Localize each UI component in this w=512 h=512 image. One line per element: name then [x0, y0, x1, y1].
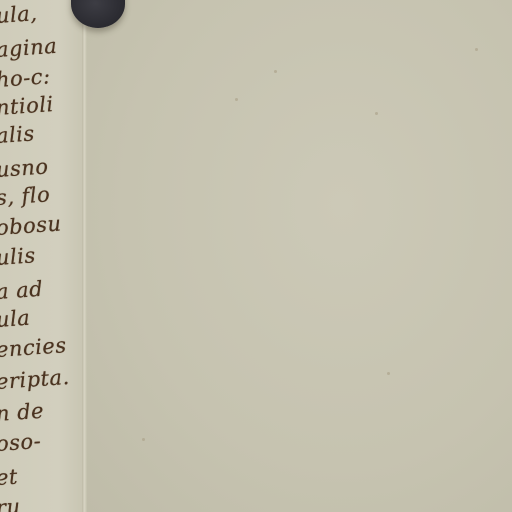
handwritten-line: s, flo [0, 182, 51, 210]
handwritten-line: oso- [0, 429, 42, 456]
handwritten-line: et [0, 465, 19, 490]
paper-speck [375, 112, 378, 115]
handwritten-line: obosu [0, 211, 62, 240]
paper-speck [274, 70, 277, 73]
handwritten-line: encies [0, 333, 67, 362]
handwritten-line: ula, [0, 1, 38, 28]
handwritten-line: ntioli [0, 92, 54, 120]
paper-speck [475, 48, 478, 51]
paper-speck [142, 438, 145, 441]
handwritten-line: usno [0, 154, 49, 182]
paper-speck [235, 98, 238, 101]
handwritten-line: n de [0, 399, 45, 426]
handwritten-line: eripta. [0, 365, 70, 394]
handwritten-line: agina [0, 34, 58, 62]
blank-paper-area [87, 0, 512, 512]
handwritten-line: ula [0, 306, 31, 332]
handwritten-line: a ad [0, 277, 44, 304]
paper-speck [387, 372, 390, 375]
left-manuscript-strip: ula, agina ho-c: ntioli alis usno s, flo… [0, 0, 84, 512]
handwritten-line: ho-c: [0, 64, 51, 92]
handwritten-line: ru [0, 494, 21, 512]
handwritten-line: ulis [0, 243, 36, 270]
handwritten-line: alis [0, 121, 35, 148]
